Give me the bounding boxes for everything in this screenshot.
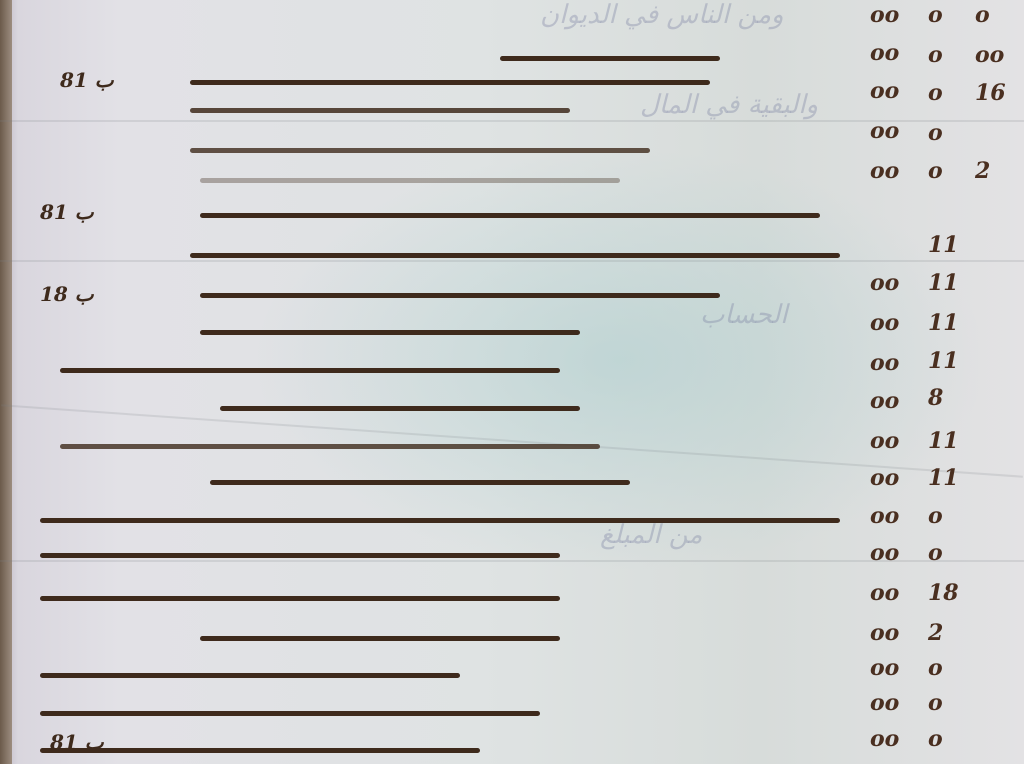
handwritten-line bbox=[190, 140, 650, 162]
handwritten-line bbox=[40, 588, 560, 610]
margin-note: 81 ب bbox=[40, 200, 94, 224]
handwritten-line bbox=[190, 72, 710, 94]
handwritten-line bbox=[220, 398, 580, 420]
handwritten-line bbox=[40, 665, 460, 687]
handwritten-line bbox=[190, 245, 840, 267]
handwritten-line bbox=[40, 703, 540, 725]
handwritten-line bbox=[60, 436, 600, 458]
handwritten-line bbox=[500, 48, 720, 70]
handwritten-line bbox=[40, 740, 480, 762]
show-through-text: ﻭﻣﻦ ﺍﻟﻨﺎﺱ ﻓﻲ ﺍﻟﺪﻳﻮﺍﻥ bbox=[540, 0, 784, 30]
handwritten-line bbox=[40, 510, 840, 532]
handwritten-line bbox=[200, 628, 560, 650]
margin-note: 18 ب bbox=[40, 282, 94, 306]
handwritten-line bbox=[200, 322, 580, 344]
handwritten-line bbox=[190, 100, 570, 122]
handwritten-line bbox=[200, 170, 620, 192]
handwritten-line bbox=[60, 360, 560, 382]
handwritten-line bbox=[40, 545, 560, 567]
handwritten-line bbox=[200, 205, 820, 227]
show-through-text: ﻭﺍﻟﺒﻘﻴﺔ ﻓﻲ ﺍﻟﻤﺎﻝ bbox=[640, 90, 818, 120]
page-edge bbox=[0, 0, 12, 764]
margin-note: 81 ب bbox=[50, 730, 104, 754]
handwritten-line bbox=[210, 472, 630, 494]
margin-note: 81 ب bbox=[60, 68, 114, 92]
handwritten-line bbox=[200, 285, 720, 307]
manuscript-photo: ﻭﻣﻦ ﺍﻟﻨﺎﺱ ﻓﻲ ﺍﻟﺪﻳﻮﺍﻥ ﻭﺍﻟﺒﻘﻴﺔ ﻓﻲ ﺍﻟﻤﺎﻝ ﺍﻟ… bbox=[0, 0, 1024, 764]
